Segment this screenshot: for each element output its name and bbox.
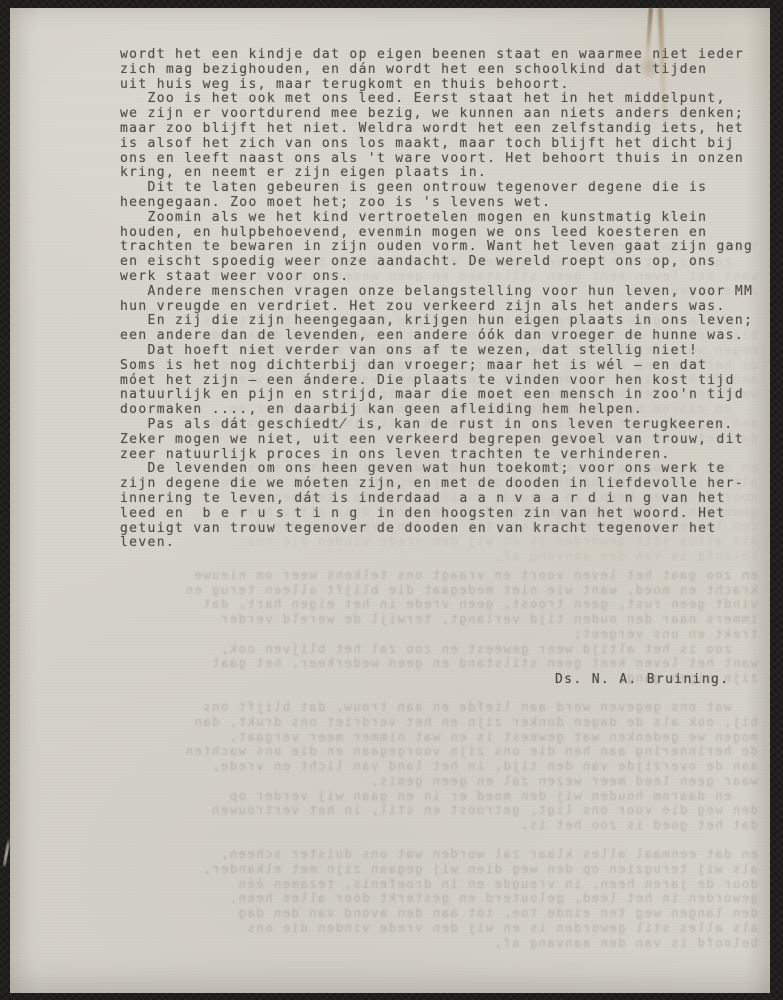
bleedthrough-line: dat het goed is zoo het is, — [28, 818, 758, 833]
edge-scratch-mark — [2, 838, 10, 868]
bleedthrough-line: want het leven kent geen stilstand en ge… — [28, 656, 758, 671]
paper-sheet: trekt en ons vergeet; zoo is het altijd … — [10, 8, 770, 993]
paragraph: Dat hoeft niet verder van ons af te weze… — [120, 344, 765, 418]
paragraph: Pas als dát geschiedt̸ is, kan de rust i… — [120, 418, 765, 551]
bleedthrough-line: immers naar den ouden tijd verlangt, ter… — [28, 612, 758, 627]
bleedthrough-line — [28, 833, 758, 848]
paragraph: Dit te laten gebeuren is geen ontrouw te… — [120, 181, 765, 211]
bleedthrough-line: en dat eenmaal alles klaar zal worden wa… — [28, 847, 758, 862]
bleedthrough-line: mogen we gedenken wat geweest is en wat … — [28, 730, 758, 745]
bleedthrough-text-lower: en zoo gaat het leven voort en vraagt on… — [28, 568, 758, 950]
bleedthrough-line: den weg die voor ons ligt, getroost en s… — [28, 803, 758, 818]
typed-text: wordt het een kindje dat op eigen beenen… — [120, 48, 765, 551]
bleedthrough-line: aan de overzijde van den tijd, in het la… — [28, 759, 758, 774]
scanned-page: trekt en ons vergeet; zoo is het altijd … — [0, 0, 783, 1000]
bleedthrough-line: kracht en moed, want wie niet medegaat d… — [28, 583, 758, 598]
bleedthrough-line: bij, ook als de dagen donker zijn en het… — [28, 715, 758, 730]
bleedthrough-line: geworden in het leed, gelouterd en geste… — [28, 891, 758, 906]
paragraph: Zoomin als we het kind vertroetelen moge… — [120, 211, 765, 285]
bleedthrough-line: trekt en ons vergeet; — [28, 627, 758, 642]
bleedthrough-line: en daarom houden wij den moed er in en g… — [28, 789, 758, 804]
bleedthrough-line: den langen weg ten einde toe, tot aan de… — [28, 906, 758, 921]
bleedthrough-line: beloofd is van den aanvang af, — [28, 936, 758, 951]
bleedthrough-line: door de jaren heen, in vreugde en in dro… — [28, 877, 758, 892]
bleedthrough-line — [28, 686, 758, 701]
bleedthrough-line: waar geen leed meer wezen zal en geen ge… — [28, 774, 758, 789]
bleedthrough-line: als alles stil geworden is en wij den vr… — [28, 921, 758, 936]
paragraph: wordt het een kindje dat op eigen beenen… — [120, 48, 765, 92]
signature: Ds. N. A. Bruining. — [555, 672, 729, 687]
bleedthrough-line: de herinnering aan hen die ons zijn voor… — [28, 744, 758, 759]
rust-stain-blob — [640, 54, 658, 80]
bleedthrough-line: zoo is het altijd weer geweest en zoo za… — [28, 642, 758, 657]
paragraph: Zoo is het ook met ons leed. Eerst staat… — [120, 92, 765, 181]
paragraph: Andere menschen vragen onze belangstelli… — [120, 285, 765, 344]
bleedthrough-line: en zoo gaat het leven voort en vraagt on… — [28, 568, 758, 583]
bleedthrough-line: wat ons gegeven werd aan liefde en aan t… — [28, 700, 758, 715]
bleedthrough-line: vindt geen rust, geen troost, geen vrede… — [28, 597, 758, 612]
bleedthrough-line: als wij terugzien op den weg dien wij ge… — [28, 862, 758, 877]
